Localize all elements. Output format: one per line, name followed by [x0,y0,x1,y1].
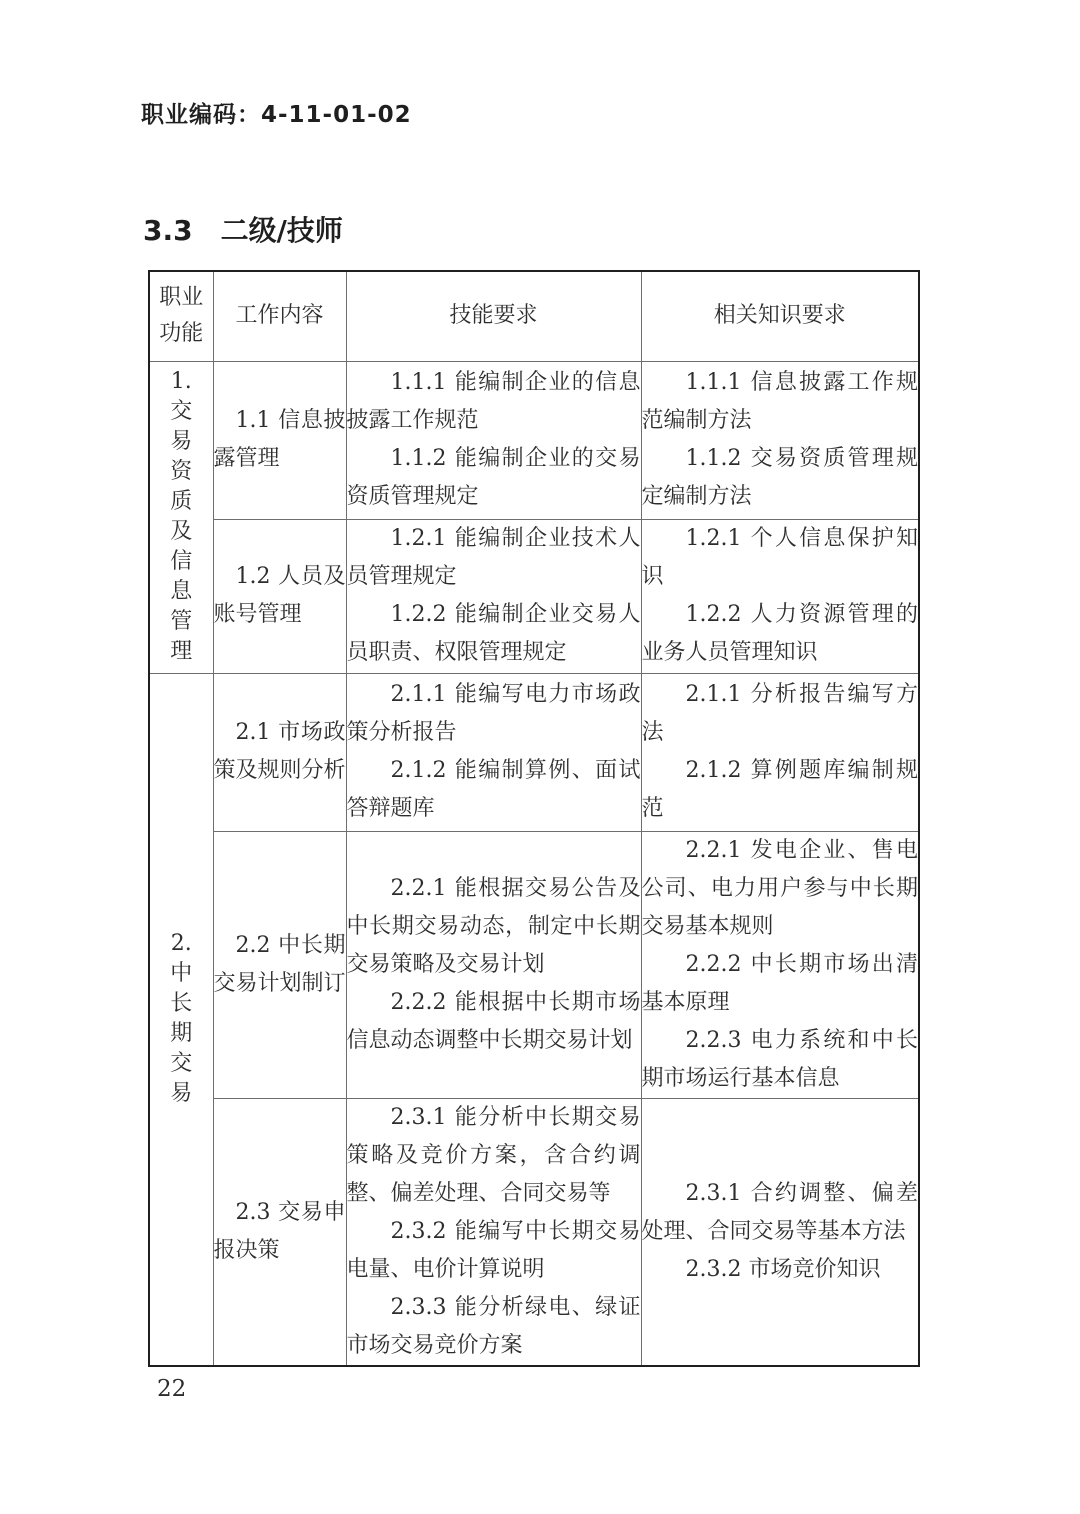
function-group-2-vertical-label: 2. 中 长 期 交 易 [170,929,192,1109]
knowledge-cell: 1.1.1 信息披露工作规范编制方法 1.1.2 交易资质管理规定编制方法 [641,361,919,519]
col-header-knowledge: 相关知识要求 [641,271,919,361]
knowledge-item: 1.2.1 个人信息保护知识 [642,520,919,596]
knowledge-cell: 2.3.1 合约调整、偏差处理、合同交易等基本方法 2.3.2 市场竞价知识 [641,1098,919,1366]
work-content-cell: 2.1 市场政策及规则分析 [213,673,346,831]
table-header-row: 职业功能 工作内容 技能要求 相关知识要求 [149,271,919,361]
col-header-function: 职业功能 [149,271,213,361]
work-content-cell: 1.2 人员及账号管理 [213,519,346,673]
skill-requirements-table: 职业功能 工作内容 技能要求 相关知识要求 1. 交 易 资 质 及 信 息 管… [148,270,920,1367]
skill-item: 2.2.1 能根据交易公告及中长期交易动态，制定中长期交易策略及交易计划 [347,870,641,984]
page-number: 22 [157,1376,186,1402]
table-row: 1. 交 易 资 质 及 信 息 管 理 1.1 信息披露管理 1.1.1 能编… [149,361,919,519]
skill-item: 2.3.2 能编写中长期交易电量、电价计算说明 [347,1213,641,1289]
table-row: 2.2 中长期交易计划制订 2.2.1 能根据交易公告及中长期交易动态，制定中长… [149,831,919,1098]
skill-item: 2.1.1 能编写电力市场政策分析报告 [347,676,641,752]
knowledge-cell: 1.2.1 个人信息保护知识 1.2.2 人力资源管理的业务人员管理知识 [641,519,919,673]
section-title: 3.3二级/技师 [143,209,343,249]
knowledge-cell: 2.2.1 发电企业、售电公司、电力用户参与中长期交易基本规则 2.2.2 中长… [641,831,919,1098]
knowledge-item: 2.3.1 合约调整、偏差处理、合同交易等基本方法 [642,1175,919,1251]
work-content-text: 2.2 中长期交易计划制订 [214,927,346,1003]
knowledge-item: 2.1.2 算例题库编制规范 [642,752,919,828]
section-name: 二级/技师 [221,214,343,247]
work-content-cell: 2.2 中长期交易计划制订 [213,831,346,1098]
work-content-text: 1.2 人员及账号管理 [214,558,346,634]
knowledge-item: 1.1.2 交易资质管理规定编制方法 [642,440,919,516]
skill-item: 2.3.3 能分析绿电、绿证市场交易竞价方案 [347,1289,641,1365]
knowledge-item: 1.1.1 信息披露工作规范编制方法 [642,364,919,440]
skills-cell: 1.2.1 能编制企业技术人员管理规定 1.2.2 能编制企业交易人员职责、权限… [346,519,641,673]
skills-cell: 2.1.1 能编写电力市场政策分析报告 2.1.2 能编制算例、面试答辩题库 [346,673,641,831]
table-row: 2.3 交易申报决策 2.3.1 能分析中长期交易策略及竞价方案，含合约调整、偏… [149,1098,919,1366]
col-header-work: 工作内容 [213,271,346,361]
knowledge-cell: 2.1.1 分析报告编写方法 2.1.2 算例题库编制规范 [641,673,919,831]
work-content-text: 2.3 交易申报决策 [214,1194,346,1270]
skill-item: 2.2.2 能根据中长期市场信息动态调整中长期交易计划 [347,984,641,1060]
occupation-code: 职业编码：4-11-01-02 [141,96,412,129]
skills-cell: 2.3.1 能分析中长期交易策略及竞价方案，含合约调整、偏差处理、合同交易等 2… [346,1098,641,1366]
section-number: 3.3 [143,214,193,247]
skill-item: 2.3.1 能分析中长期交易策略及竞价方案，含合约调整、偏差处理、合同交易等 [347,1099,641,1213]
function-group-1: 1. 交 易 资 质 及 信 息 管 理 [149,361,213,673]
knowledge-item: 2.2.2 中长期市场出清基本原理 [642,946,919,1022]
knowledge-item: 2.1.1 分析报告编写方法 [642,676,919,752]
skill-item: 1.1.1 能编制企业的信息披露工作规范 [347,364,641,440]
knowledge-item: 2.2.1 发电企业、售电公司、电力用户参与中长期交易基本规则 [642,832,919,946]
work-content-text: 2.1 市场政策及规则分析 [214,714,346,790]
work-content-cell: 1.1 信息披露管理 [213,361,346,519]
skills-cell: 1.1.1 能编制企业的信息披露工作规范 1.1.2 能编制企业的交易资质管理规… [346,361,641,519]
table-row: 2. 中 长 期 交 易 2.1 市场政策及规则分析 2.1.1 能编写电力市场… [149,673,919,831]
knowledge-item: 1.2.2 人力资源管理的业务人员管理知识 [642,596,919,672]
skill-item: 1.2.2 能编制企业交易人员职责、权限管理规定 [347,596,641,672]
work-content-cell: 2.3 交易申报决策 [213,1098,346,1366]
table-row: 1.2 人员及账号管理 1.2.1 能编制企业技术人员管理规定 1.2.2 能编… [149,519,919,673]
document-page: { "page": { "header_code": "职业编码：4-11-01… [0,0,1080,1514]
skills-cell: 2.2.1 能根据交易公告及中长期交易动态，制定中长期交易策略及交易计划 2.2… [346,831,641,1098]
skill-item: 1.2.1 能编制企业技术人员管理规定 [347,520,641,596]
knowledge-item: 2.2.3 电力系统和中长期市场运行基本信息 [642,1022,919,1098]
work-content-text: 1.1 信息披露管理 [214,402,346,478]
skill-item: 1.1.2 能编制企业的交易资质管理规定 [347,440,641,516]
knowledge-item: 2.3.2 市场竞价知识 [642,1251,919,1289]
function-group-2: 2. 中 长 期 交 易 [149,673,213,1366]
skill-item: 2.1.2 能编制算例、面试答辩题库 [347,752,641,828]
col-header-skills: 技能要求 [346,271,641,361]
function-group-1-vertical-label: 1. 交 易 资 质 及 信 息 管 理 [170,367,192,667]
